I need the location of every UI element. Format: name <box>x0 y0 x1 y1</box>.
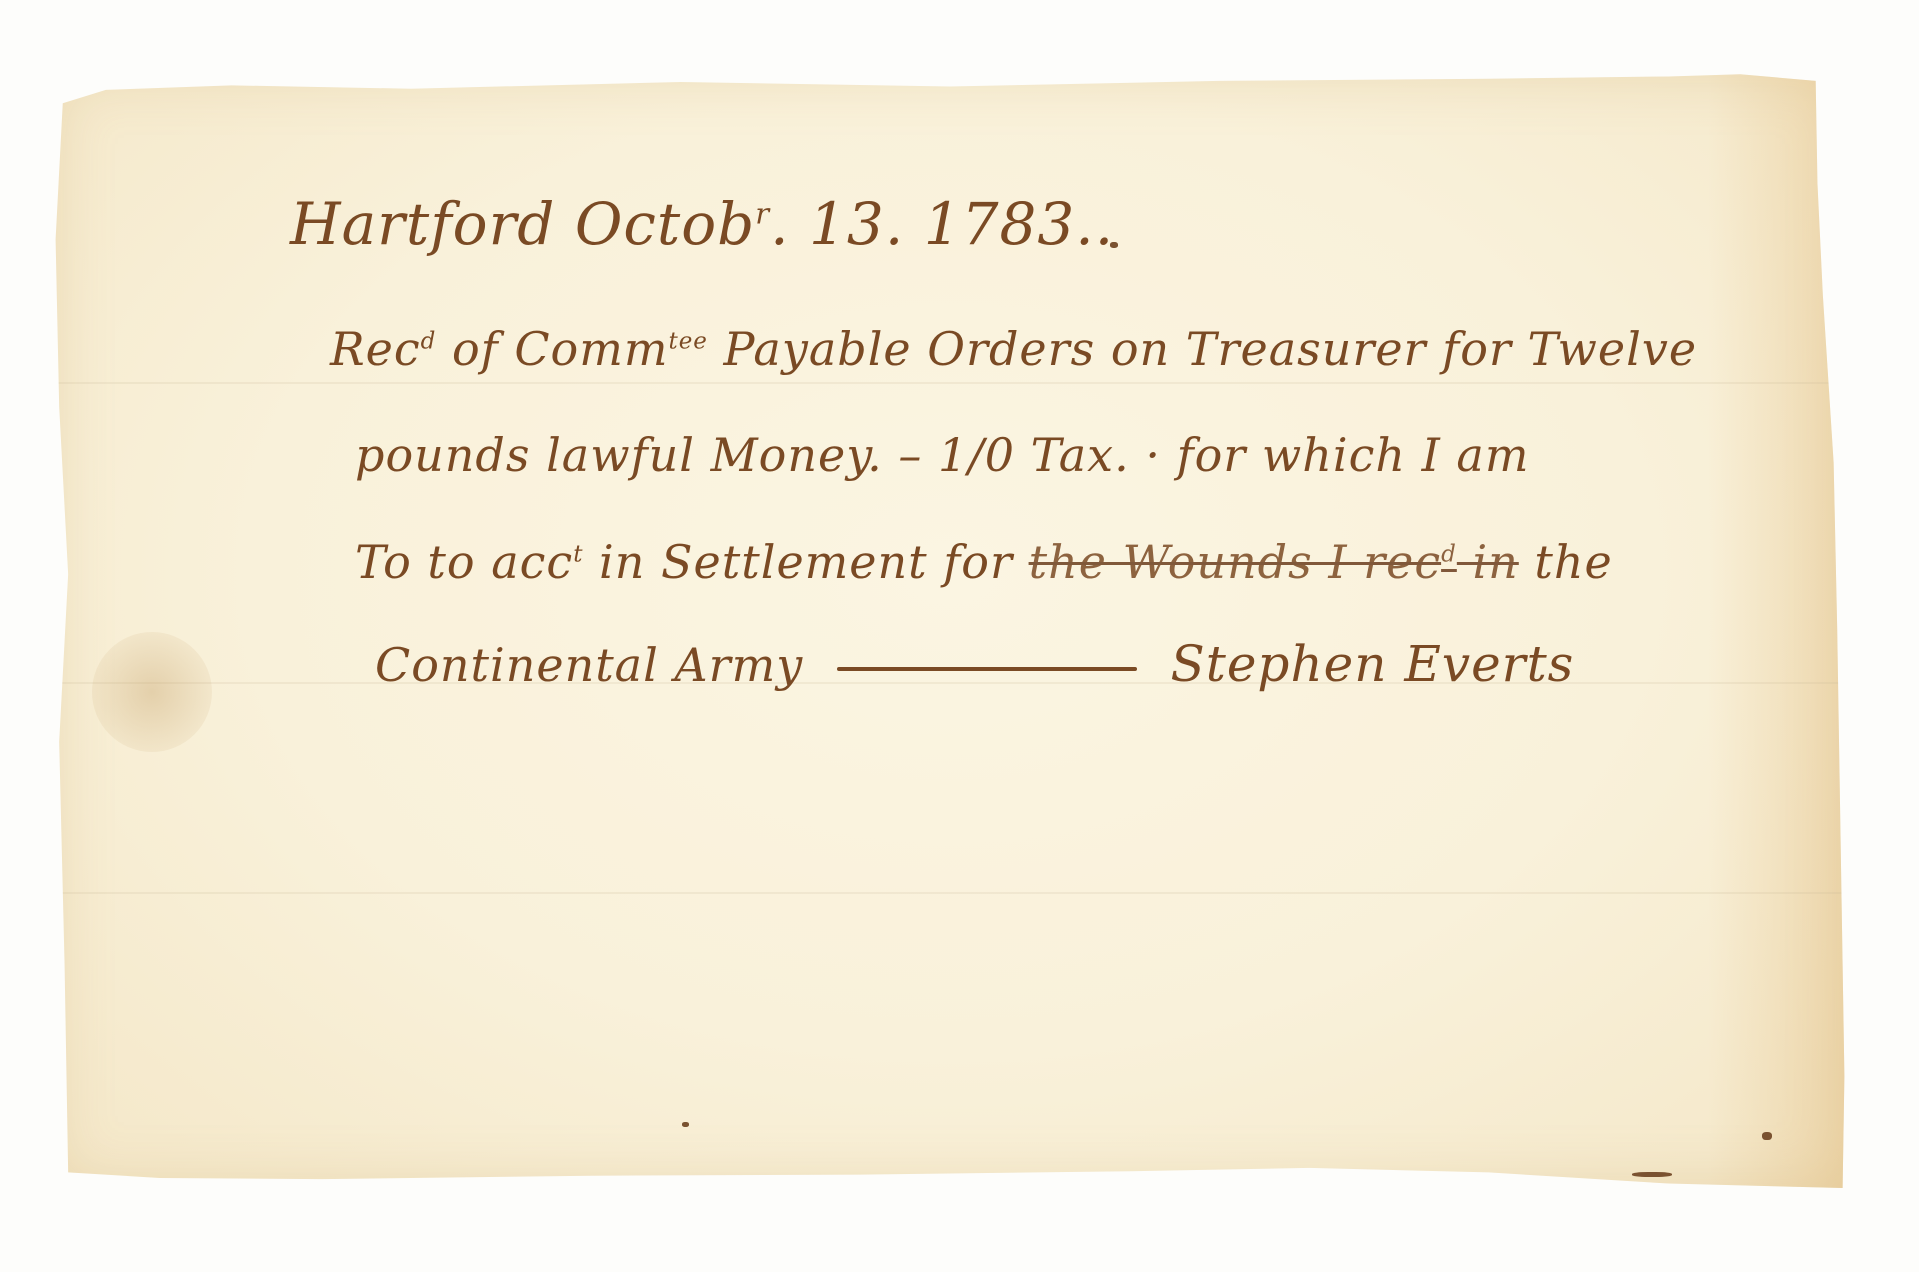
struck-through-text: the Wounds I recd in <box>1029 535 1519 589</box>
line-text: Continental Army <box>375 638 803 692</box>
date-value: 13. 1783.. <box>809 190 1114 258</box>
superscript: t <box>573 542 583 568</box>
account-abbrev: To to acc <box>355 535 573 589</box>
date-line: Hartford Octobr. 13. 1783.. <box>290 190 1114 258</box>
receipt-line-3: To to acct in Settlement for the Wounds … <box>355 535 1613 589</box>
superscript: d <box>421 329 437 355</box>
received-abbrev: Rec <box>330 322 421 376</box>
receipt-line-2: pounds lawful Money. – 1/0 Tax. · for wh… <box>355 428 1529 482</box>
superscript: tee <box>668 329 707 355</box>
line-text: the <box>1519 535 1613 589</box>
line-text: pounds lawful Money. – 1/0 Tax. · for wh… <box>355 428 1529 482</box>
date-month: Octobr. <box>575 190 790 258</box>
receipt-line-4: Continental Army Stephen Everts <box>375 635 1574 693</box>
committee-abbrev: of Comm <box>436 322 668 376</box>
foxing-stain <box>92 632 212 752</box>
place-name: Hartford <box>290 190 555 258</box>
ink-smudge <box>1632 1172 1672 1177</box>
line-text: Payable Orders on Treasurer for Twelve <box>708 322 1697 376</box>
fold-crease <box>52 382 1848 384</box>
pen-flourish-line <box>837 667 1137 671</box>
ink-speck <box>682 1122 689 1127</box>
receipt-line-1: Recd of Commtee Payable Orders on Treasu… <box>330 322 1697 376</box>
line-text: in Settlement for <box>583 535 1028 589</box>
ink-speck <box>1762 1132 1772 1140</box>
fold-crease <box>52 892 1848 894</box>
signature: Stephen Everts <box>1171 635 1575 693</box>
